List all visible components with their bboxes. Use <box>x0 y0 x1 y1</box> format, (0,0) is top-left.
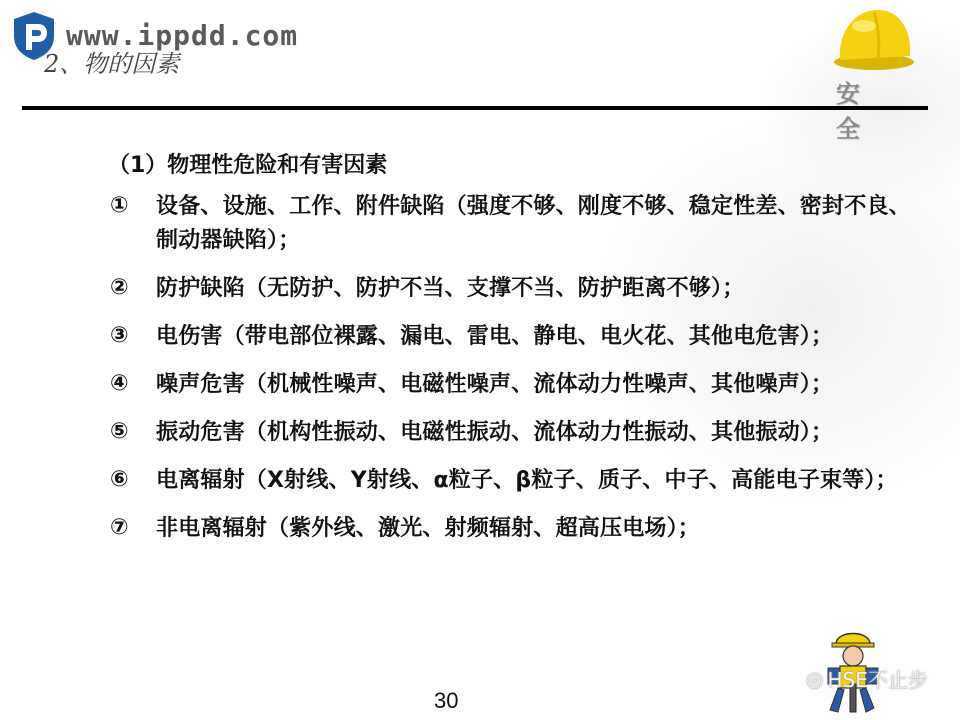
list-item: ⑦ 非电离辐射（紫外线、激光、射频辐射、超高压电场）； <box>110 512 920 546</box>
list-item: ① 设备、设施、工作、附件缺陷（强度不够、刚度不够、稳定性差、密封不良、制动器缺… <box>110 190 920 258</box>
safety-helmet-icon <box>828 4 918 74</box>
watermark-text: HSE不止步 <box>827 664 927 693</box>
list-item: ⑥ 电离辐射（X射线、Y射线、α粒子、β粒子、质子、中子、高能电子束等）； <box>110 464 920 498</box>
item-text: 电伤害（带电部位裸露、漏电、雷电、静电、电火花、其他电危害）； <box>156 320 833 354</box>
item-text: 噪声危害（机械性噪声、电磁性噪声、流体动力性噪声、其他噪声）； <box>156 368 833 402</box>
item-text: 设备、设施、工作、附件缺陷（强度不够、刚度不够、稳定性差、密封不良、制动器缺陷）… <box>156 190 920 258</box>
item-text: 电离辐射（X射线、Y射线、α粒子、β粒子、质子、中子、高能电子束等）； <box>156 464 898 498</box>
item-number: ④ <box>110 368 156 402</box>
subheading: （1）物理性危险和有害因素 <box>108 148 387 179</box>
item-text: 振动危害（机构性振动、电磁性振动、流体动力性振动、其他振动）； <box>156 416 833 450</box>
item-text: 非电离辐射（紫外线、激光、射频辐射、超高压电场）； <box>156 512 700 546</box>
wechat-icon: ◎ <box>806 667 823 691</box>
item-number: ⑥ <box>110 464 156 498</box>
list-item: ④ 噪声危害（机械性噪声、电磁性噪声、流体动力性噪声、其他噪声）； <box>110 368 920 402</box>
header-divider <box>22 106 928 110</box>
list-item: ⑤ 振动危害（机构性振动、电磁性振动、流体动力性振动、其他振动）； <box>110 416 920 450</box>
watermark: ◎ HSE不止步 <box>806 664 928 693</box>
item-number: ⑤ <box>110 416 156 450</box>
item-number: ⑦ <box>110 512 156 546</box>
item-number: ② <box>110 272 156 306</box>
section-title: 2、物的因素 <box>44 44 179 79</box>
list-item: ② 防护缺陷（无防护、防护不当、支撑不当、防护距离不够）； <box>110 272 920 306</box>
hazard-list: ① 设备、设施、工作、附件缺陷（强度不够、刚度不够、稳定性差、密封不良、制动器缺… <box>110 190 920 560</box>
item-text: 防护缺陷（无防护、防护不当、支撑不当、防护距离不够）； <box>156 272 744 306</box>
item-number: ① <box>110 190 156 258</box>
item-number: ③ <box>110 320 156 354</box>
list-item: ③ 电伤害（带电部位裸露、漏电、雷电、静电、电火花、其他电危害）； <box>110 320 920 354</box>
page-number: 30 <box>434 688 458 714</box>
